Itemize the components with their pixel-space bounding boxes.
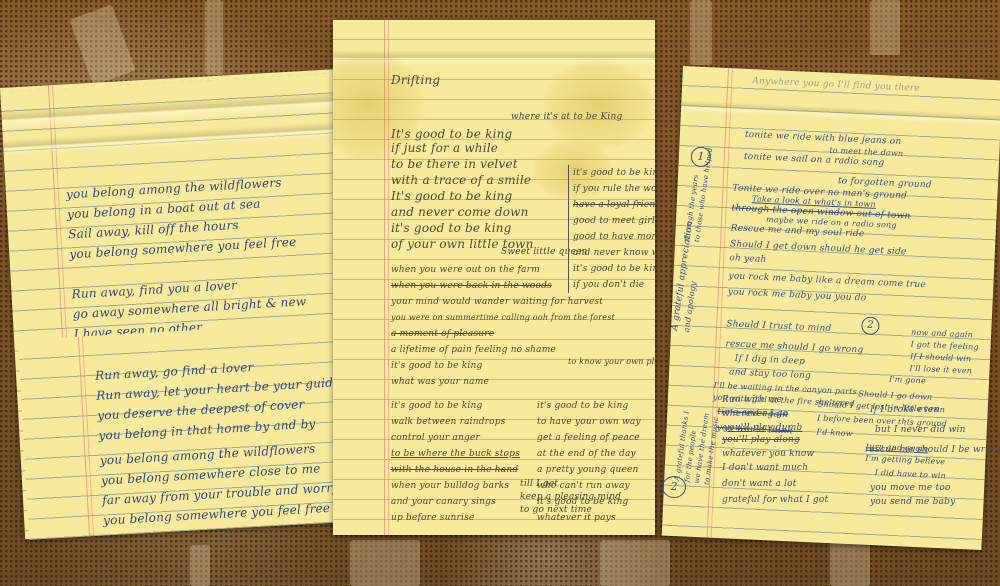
lyric-line: good to meet girls [573, 213, 655, 229]
coffee-stain [543, 60, 653, 150]
background-streak [690, 0, 712, 65]
lyric-line: what was your name [391, 372, 489, 392]
lyric-line: till I get [520, 478, 621, 491]
legal-pad-page-left-lower: Run away, go find a lover Run away, let … [18, 322, 349, 540]
bracket-verse: it's good to be king if you rule the wor… [568, 165, 655, 293]
lyric-line: if you don't die [573, 277, 655, 293]
aside-note: to know your own place [568, 352, 655, 372]
legal-pad-page-middle: Drifting where it's at to be King It's g… [333, 20, 655, 535]
lyric-line: to go next time [520, 504, 621, 517]
lyric-line: rescue me should I be wrong [865, 440, 1000, 460]
lyric-line: and never know when [573, 245, 655, 261]
background-streak [600, 540, 670, 586]
background-streak [190, 545, 210, 586]
background-streak [69, 4, 135, 85]
lyric-line: have a loyal friend [573, 197, 655, 213]
header-note: where it's at to be King [511, 107, 622, 127]
background-streak [350, 540, 420, 586]
lyric-line: If I broke even [870, 400, 940, 420]
section-number-circle: 2 [662, 476, 686, 498]
background-streak [870, 0, 900, 55]
lyric-line: good to have money [573, 229, 655, 245]
page-title: Drifting [391, 70, 440, 90]
background-streak [205, 0, 223, 75]
lyric-line: grateful for what I got [722, 490, 828, 510]
lyric-line: up before sunrise [391, 508, 474, 528]
right-page-lower-verses: Run with me wherever I go you'll play du… [700, 390, 990, 510]
lyric-line: it's good to be king [573, 261, 655, 277]
lyric-line: but I never did win [875, 420, 966, 440]
lyric-line: you send me baby [870, 492, 955, 512]
lyric-line: if you rule the world [573, 181, 655, 197]
lyric-line: keep a pleasing mind [520, 491, 621, 504]
middle-page-closing: till I get keep a pleasing mind to go ne… [520, 478, 621, 517]
lyric-line: it's good to be king [573, 165, 655, 181]
